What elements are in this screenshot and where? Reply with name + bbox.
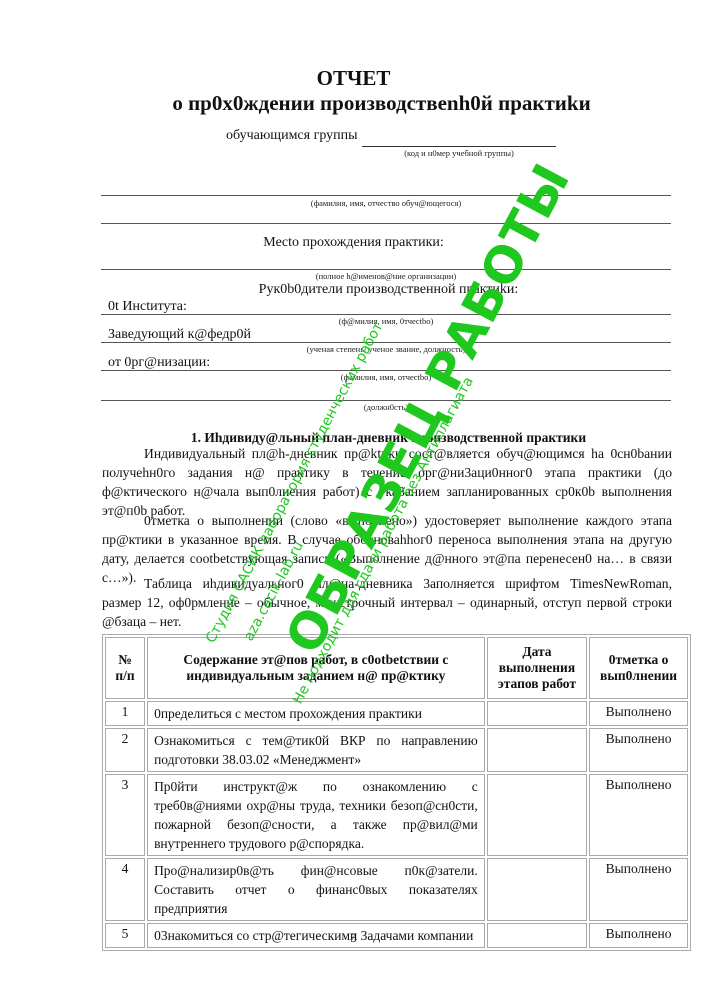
- paragraph-1: Индивидуальный пл@h-дневник пр@ktики сос…: [102, 444, 672, 520]
- head-line: [101, 342, 671, 343]
- paragraph-3: Таблица иhдивидуальног0 пл@на-дневника 3…: [102, 574, 672, 631]
- place-label: Мecto прохождения практики:: [0, 235, 707, 251]
- head-caption: (ученая степень, ученое звание, должност…: [101, 344, 671, 354]
- cell-num: 4: [105, 858, 145, 921]
- org-supervisor-line: [101, 370, 671, 371]
- table-row: 2Ознакомиться с тем@тик0й ВКР по направл…: [105, 728, 688, 772]
- group-field-line: [362, 146, 556, 147]
- cell-date: [487, 858, 587, 921]
- org-person-caption: (фамилия, имя, отчеctbo): [101, 372, 671, 382]
- header-task: Содержание эт@пов работ, в c0otbetствии …: [147, 637, 485, 699]
- header-mark: 0тметка о вып0лнении: [589, 637, 688, 699]
- cell-task: Про@нализир0в@ть фин@нсовые п0к@затели. …: [147, 858, 485, 921]
- student-name-line-2: [101, 223, 671, 224]
- cell-task: Ознакомиться с тем@тик0й ВКР по направле…: [147, 728, 485, 772]
- supervisors-label: Рук0b0дители производственной практиkи:: [0, 282, 707, 298]
- report-subtitle: о пр0х0ждении производствеnh0й практиkи: [28, 91, 707, 116]
- position-caption: (должн0сть): [101, 402, 671, 412]
- group-label: обучающимся группы: [226, 128, 358, 144]
- institute-line: [101, 314, 671, 315]
- header-date: Дата выполнения этапов работ: [487, 637, 587, 699]
- cell-mark: Выполнено: [589, 858, 688, 921]
- student-name-line: [101, 195, 671, 196]
- page-number: 5: [0, 930, 707, 946]
- cell-date: [487, 701, 587, 726]
- plan-table: № п/п Содержание эт@пов работ, в c0otbet…: [102, 634, 691, 951]
- student-caption: (фамилия, имя, отчество обуч@ющегося): [101, 198, 671, 208]
- cell-num: 1: [105, 701, 145, 726]
- cell-mark: Выполнено: [589, 774, 688, 856]
- institute-label: 0t Инctитута:: [108, 299, 187, 315]
- cell-date: [487, 728, 587, 772]
- table-row: 10пределиться с местом прохождения практ…: [105, 701, 688, 726]
- org-name-line: [101, 269, 671, 270]
- report-title: ОТЧЕТ: [0, 66, 707, 91]
- cell-task: Пр0йти инструкт@ж по ознакомлению с треб…: [147, 774, 485, 856]
- org-caption: (полное h@именов@ние организации): [101, 271, 671, 281]
- institute-caption: (ф@милия, имя, 0тчеctbo): [101, 316, 671, 326]
- cell-mark: Выполнено: [589, 728, 688, 772]
- header-num: № п/п: [105, 637, 145, 699]
- cell-mark: Выполнено: [589, 701, 688, 726]
- table-row: 4Про@нализир0в@ть фин@нсовые п0к@затели.…: [105, 858, 688, 921]
- head-label: Заведующий к@федр0й: [108, 327, 251, 343]
- cell-num: 2: [105, 728, 145, 772]
- org-supervisor-label: от 0рг@низации:: [108, 355, 210, 371]
- position-line: [101, 400, 671, 401]
- document-page: ОТЧЕТ о пр0х0ждении производствеnh0й пра…: [0, 0, 707, 1000]
- table-header-row: № п/п Содержание эт@пов работ, в c0otbet…: [105, 637, 688, 699]
- group-caption: (код и н0мер учебной группы): [362, 148, 556, 158]
- table-row: 3Пр0йти инструкт@ж по ознакомлению с тре…: [105, 774, 688, 856]
- cell-date: [487, 774, 587, 856]
- cell-num: 3: [105, 774, 145, 856]
- cell-task: 0пределиться с местом прохождения практи…: [147, 701, 485, 726]
